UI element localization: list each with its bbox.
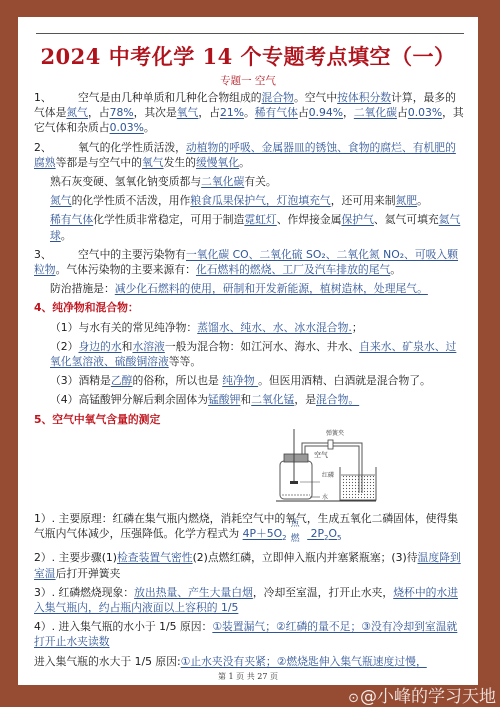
section-2: 2、氧气的化学性质活泼，动植物的呼吸、金属器皿的锈蚀、食物的腐烂、有机肥的腐熟等… bbox=[34, 140, 464, 170]
answer: 放出热量、产生大量白烟 bbox=[134, 586, 253, 599]
text: ，冷却至室温，打开止水夹， bbox=[253, 586, 393, 599]
answer: 混合物。 bbox=[316, 393, 359, 406]
equation-products: 2P bbox=[307, 527, 324, 540]
text: （4）高锰酸钾分解后剩余固体为 bbox=[50, 393, 208, 406]
text: 一般为混合物：如江河水、海水、井水、 bbox=[165, 340, 359, 353]
document-title: 2024 中考化学 14 个专题考点填空（一） bbox=[18, 41, 478, 71]
section-3: 3、空气中的主要污染物有一氧化碳 CO、二氧化硫 SO₂、二氧化氮 NO₂、可吸… bbox=[34, 247, 464, 277]
answer: 氮肥 bbox=[396, 194, 418, 207]
section-5-phenomena: 3）. 红磷燃烧现象：放出热量、产生大量白烟，冷却至室温，打开止水夹，烧杯中的水… bbox=[34, 585, 464, 615]
text: 占 bbox=[298, 106, 309, 119]
text: ，其次是 bbox=[134, 106, 177, 119]
section-2-line-3: 氮气的化学性质不活泼，用作粮食瓜果保护气，灯泡填充气，还可用来制氮肥。 bbox=[34, 193, 464, 208]
section-1: 1、空气是由几种单质和几种化合物组成的混合物。空气中按体积分数计算，最多的气体是… bbox=[34, 90, 464, 136]
answer: 氮气 bbox=[66, 106, 88, 119]
answer: 78% bbox=[110, 106, 134, 119]
section-4-item-4: （4）高锰酸钾分解后剩余固体为锰酸钾和二氧化锰，是混合物。 bbox=[34, 392, 464, 407]
svg-text:水: 水 bbox=[322, 493, 328, 501]
section-4-heading: 4、纯净物和混合物： bbox=[34, 300, 464, 315]
answer: 水溶液 bbox=[132, 340, 164, 353]
section-number: 1、 bbox=[34, 90, 78, 105]
answer: 减少化石燃料的使用，研制和开发新能源，植树造林，处理尾气。 bbox=[115, 282, 428, 295]
text: 。但医用酒精、白酒就是混合物了。 bbox=[258, 374, 431, 387]
document-page: 2024 中考化学 14 个专题考点填空（一） 专题一 空气 1、空气是由几种单… bbox=[18, 17, 478, 685]
text: 防治措施是： bbox=[50, 282, 115, 295]
text: 。空气中 bbox=[294, 91, 337, 104]
answer: 化石燃料的燃烧、工厂及汽车排放的尾气 bbox=[196, 263, 390, 276]
text: 和 bbox=[122, 340, 133, 353]
answer: 纯净物 bbox=[222, 374, 258, 387]
text: 后打开弹簧夹 bbox=[56, 567, 121, 580]
text: 化学性质非常稳定，可用于制造 bbox=[93, 213, 244, 226]
answer: 锰酸钾 bbox=[208, 393, 240, 406]
weibo-icon: ⊙ bbox=[348, 691, 359, 706]
answer: 身边的水 bbox=[78, 340, 121, 353]
answer: 氧气 bbox=[177, 106, 199, 119]
section-2-line-4: 稀有气体化学性质非常稳定，可用于制造霓虹灯、作焊接金属保护气、氦气可填充氦气球。 bbox=[34, 212, 464, 242]
section-5-more-than-fifth: 进入集气瓶的水大于 1/5 原因:①止水夹没有夹紧；②燃烧匙伸入集气瓶速度过慢， bbox=[34, 654, 464, 669]
answer: 0.03% bbox=[110, 121, 144, 134]
text: ，占 bbox=[88, 106, 110, 119]
text: 和 bbox=[240, 393, 251, 406]
text: 。 bbox=[417, 194, 428, 207]
answer: 稀有气体 bbox=[255, 106, 298, 119]
page-number-footer: 第 1 页 共 27 页 bbox=[18, 671, 478, 682]
text: （3）酒精是 bbox=[50, 374, 111, 387]
section-4-item-1: （1）与水有关的常见纯净物：蒸馏水、纯水、水、冰水混合物.； bbox=[34, 320, 464, 335]
answer: 缓慢氧化 bbox=[196, 156, 239, 169]
text: 4）. 进入集气瓶的水小于 1/5 原因： bbox=[34, 620, 212, 633]
text: （1）与水有关的常见纯净物： bbox=[50, 321, 197, 334]
answer: 二氧化锰 bbox=[251, 393, 294, 406]
text: 、氦气可填充 bbox=[374, 213, 439, 226]
text: 占 bbox=[397, 106, 408, 119]
section-4-item-2: （2）身边的水和水溶液一般为混合物：如江河水、海水、井水、自来水、矿泉水、过氧化… bbox=[34, 339, 464, 369]
reaction-condition: 点燃 bbox=[287, 526, 308, 541]
answer: 混合物 bbox=[262, 91, 294, 104]
section-2-line-2: 熟石灰变硬、氢氧化钠变质都与二氧化碳有关。 bbox=[34, 174, 464, 189]
answer: 保护气 bbox=[342, 213, 374, 226]
section-3-measures: 防治措施是：减少化石燃料的使用，研制和开发新能源，植树造林，处理尾气。 bbox=[34, 281, 464, 296]
text: 。气体污染物的主要来源有： bbox=[56, 263, 196, 276]
subscript: 5 bbox=[337, 534, 341, 542]
text: 。 bbox=[390, 263, 401, 276]
text: 进入集气瓶的水大于 1/5 原因: bbox=[34, 655, 181, 668]
answer: 按体积分数 bbox=[337, 91, 391, 104]
answer: 氧气 bbox=[142, 156, 164, 169]
condition-label: 点燃 bbox=[291, 517, 308, 547]
answer: 稀有气体 bbox=[50, 213, 93, 226]
answer: 氮气 bbox=[50, 194, 72, 207]
text: 的化学性质不活泼，用作 bbox=[72, 194, 191, 207]
answer: 二氧化碳 bbox=[354, 106, 397, 119]
watermark: ⊙@小峰的学习天地 bbox=[348, 682, 496, 707]
document-body: 1、空气是由几种单质和几种化合物组成的混合物。空气中按体积分数计算，最多的气体是… bbox=[34, 90, 464, 669]
svg-text:弹簧夹: 弹簧夹 bbox=[326, 429, 344, 437]
text: ， bbox=[343, 106, 354, 119]
answer: 乙醇 bbox=[111, 374, 133, 387]
answer: 检查装置气密性 bbox=[117, 551, 193, 564]
text: 3）. 红磷燃烧现象： bbox=[34, 586, 134, 599]
apparatus-diagram: 弹簧夹 空气 红磷 水 bbox=[270, 427, 380, 507]
answer: 粮食瓜果保护气，灯泡填充气 bbox=[190, 194, 330, 207]
topic-subtitle: 专题一 空气 bbox=[18, 73, 478, 88]
watermark-text: @小峰的学习天地 bbox=[360, 687, 496, 707]
text: ，是 bbox=[294, 393, 316, 406]
text: 2）. 主要步骤(1) bbox=[34, 551, 117, 564]
text: 空气是由几种单质和几种化合物组成的 bbox=[78, 91, 262, 104]
text: 、作焊接金属 bbox=[277, 213, 342, 226]
text: 。 bbox=[244, 106, 255, 119]
text: ，还可用来制 bbox=[331, 194, 396, 207]
oxygen-measurement-apparatus-icon: 弹簧夹 空气 红磷 水 bbox=[270, 427, 380, 505]
text: ； bbox=[352, 321, 363, 334]
answer: 二氧化碳 bbox=[201, 175, 244, 188]
answer: 0.94% bbox=[309, 106, 343, 119]
answer: ①止水夹没有夹紧；②燃烧匙伸入集气瓶速度过慢， bbox=[181, 655, 427, 668]
section-number: 2、 bbox=[34, 140, 78, 155]
chemical-equation: 4P＋5O2 点燃 2P2O5 bbox=[243, 527, 342, 540]
section-5-heading: 5、空气中氧气含量的测定 bbox=[34, 412, 464, 427]
text: 空气中的主要污染物有 bbox=[78, 248, 186, 261]
text: 的俗称，所以也是 bbox=[132, 374, 222, 387]
equation-reactants: 4P＋5O bbox=[243, 527, 283, 540]
section-4-item-3: （3）酒精是乙醇的俗称，所以也是 纯净物 。但医用酒精、白酒就是混合物了。 bbox=[34, 373, 464, 388]
text: 。 bbox=[61, 229, 72, 242]
section-5-less-than-fifth: 4）. 进入集气瓶的水小于 1/5 原因：①装置漏气；②红磷的量不足；③没有冷却… bbox=[34, 619, 464, 649]
svg-text:红磷: 红磷 bbox=[322, 471, 334, 479]
text: 发生的 bbox=[164, 156, 196, 169]
answer: 霓虹灯 bbox=[244, 213, 276, 226]
text: 等等。 bbox=[169, 355, 201, 368]
answer: 蒸馏水、纯水、水、冰水混合物. bbox=[197, 321, 352, 334]
text: 等都是与空气中的 bbox=[56, 156, 142, 169]
text: 。 bbox=[239, 156, 250, 169]
answer: 0.03% bbox=[408, 106, 442, 119]
text: ，占 bbox=[198, 106, 220, 119]
text: 氧气的化学性质活泼， bbox=[78, 141, 186, 154]
text: 熟石灰变硬、氢氧化钠变质都与 bbox=[50, 175, 201, 188]
section-5-principle: 1）. 主要原理：红磷在集气瓶内燃烧，消耗空气中的氧气，生成五氧化二磷固体，使得… bbox=[34, 511, 464, 547]
text: (2)点燃红磷，立即伸入瓶内并塞紧瓶塞；(3)待 bbox=[193, 551, 418, 564]
section-number: 3、 bbox=[34, 247, 78, 262]
section-5-steps: 2）. 主要步骤(1)检查装置气密性(2)点燃红磷，立即伸入瓶内并塞紧瓶塞；(3… bbox=[34, 550, 464, 580]
svg-text:空气: 空气 bbox=[314, 450, 328, 459]
header-rule bbox=[36, 33, 464, 34]
text: （2） bbox=[50, 340, 78, 353]
answer: 21% bbox=[220, 106, 244, 119]
equation-products: O bbox=[328, 527, 337, 540]
text: 有关。 bbox=[244, 175, 276, 188]
text: 。 bbox=[144, 121, 155, 134]
